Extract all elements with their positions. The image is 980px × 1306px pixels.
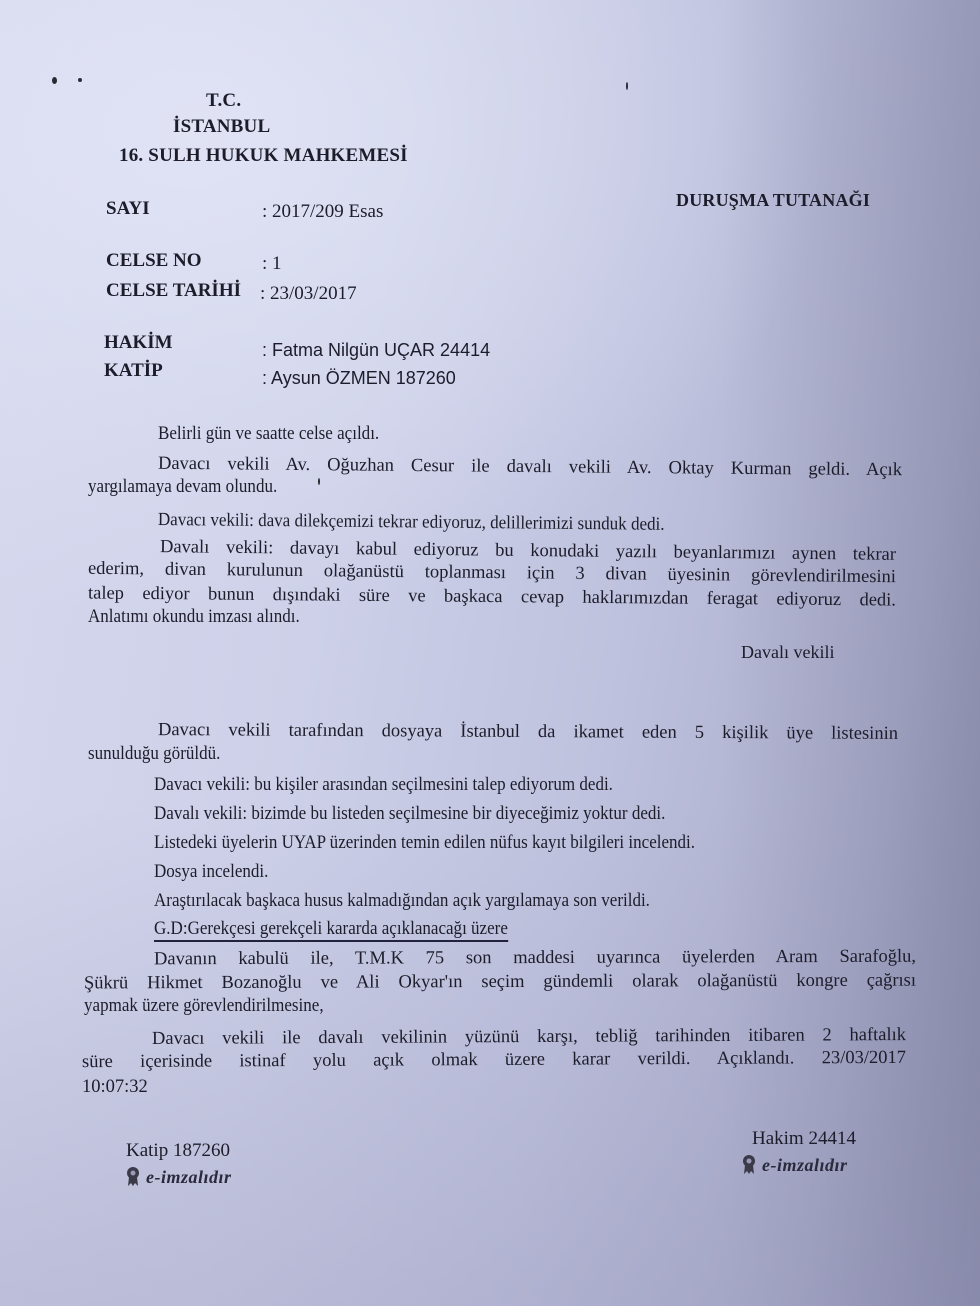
para-defendant-no-objection: Davalı vekili: bizimde bu listeden seçil…: [154, 804, 665, 825]
field-value-hakim: : Fatma Nilgün UÇAR 24414: [262, 340, 490, 361]
para-appeal-line2: süre içerisinde istinaf yolu açık olmak …: [82, 1048, 906, 1073]
signature-defendant-label: Davalı vekili: [741, 642, 834, 663]
para-plaintiff-statement: Davacı vekili: dava dilekçemizi tekrar e…: [158, 510, 665, 536]
header-tc: T.C.: [206, 90, 241, 112]
header-court: 16. SULH HUKUK MAHKEMESİ: [119, 145, 408, 167]
field-value-celse-no: : 1: [262, 253, 282, 275]
scan-speck: [78, 78, 82, 82]
signature-hakim: Hakim 24414 e-imzalıdır: [752, 1128, 856, 1176]
para-hearing-closed: Araştırılacak başkaca husus kalmadığında…: [154, 891, 650, 912]
signature-hakim-label: Hakim 24414: [752, 1128, 856, 1150]
para-member-list-line1: Davacı vekili tarafından dosyaya İstanbu…: [158, 720, 898, 745]
para-attendance-line2: yargılamaya devam olundu.: [88, 477, 277, 498]
seal-icon: [126, 1166, 140, 1186]
header-city: İSTANBUL: [173, 116, 270, 138]
field-label-celse-tarihi: CELSE TARİHİ: [106, 280, 241, 302]
scan-speck: [52, 77, 57, 84]
esign-text: e-imzalıdır: [146, 1167, 232, 1187]
para-verdict-line3: yapmak üzere görevlendirilmesine,: [84, 996, 324, 1017]
field-label-celse-no: CELSE NO: [106, 250, 202, 272]
para-verdict-line1: Davanın kabulü ile, T.M.K 75 son maddesi…: [154, 947, 916, 971]
signature-katip-esign: e-imzalıdır: [126, 1166, 232, 1188]
para-defendant-line4: Anlatımı okundu imzası alındı.: [88, 607, 300, 628]
signature-hakim-esign: e-imzalıdır: [742, 1154, 856, 1176]
para-member-list-line2: sunulduğu görüldü.: [88, 744, 220, 765]
field-value-katip: : Aysun ÖZMEN 187260: [262, 368, 456, 389]
seal-icon: [742, 1154, 756, 1174]
field-label-katip: KATİP: [104, 360, 163, 382]
para-appeal-line1: Davacı vekili ile davalı vekilinin yüzün…: [152, 1025, 906, 1050]
document-type: DURUŞMA TUTANAĞI: [676, 190, 870, 211]
para-appeal-line3: 10:07:32: [82, 1077, 148, 1098]
reasoned-decision-text: G.D:Gerekçesi gerekçeli kararda açıklana…: [154, 919, 508, 942]
esign-text: e-imzalıdır: [762, 1155, 848, 1175]
para-file-reviewed: Dosya incelendi.: [154, 862, 268, 883]
signature-katip: Katip 187260 e-imzalıdır: [126, 1140, 232, 1188]
field-label-hakim: HAKİM: [104, 332, 173, 354]
para-reasoned-decision: G.D:Gerekçesi gerekçeli kararda açıklana…: [154, 919, 508, 940]
para-verdict-line2: Şükrü Hikmet Bozanoğlu ve Ali Okyar'ın s…: [84, 971, 916, 995]
signature-katip-label: Katip 187260: [126, 1140, 232, 1162]
field-value-celse-tarihi: : 23/03/2017: [260, 283, 357, 305]
para-uyap-review: Listedeki üyelerin UYAP üzerinden temin …: [154, 833, 695, 854]
field-value-sayi: : 2017/209 Esas: [262, 201, 383, 223]
scan-speck: [318, 478, 320, 485]
para-session-opened: Belirli gün ve saatte celse açıldı.: [158, 424, 379, 445]
para-plaintiff-request: Davacı vekili: bu kişiler arasından seçi…: [154, 775, 613, 796]
scan-speck: [626, 82, 628, 90]
field-label-sayi: SAYI: [106, 198, 150, 220]
